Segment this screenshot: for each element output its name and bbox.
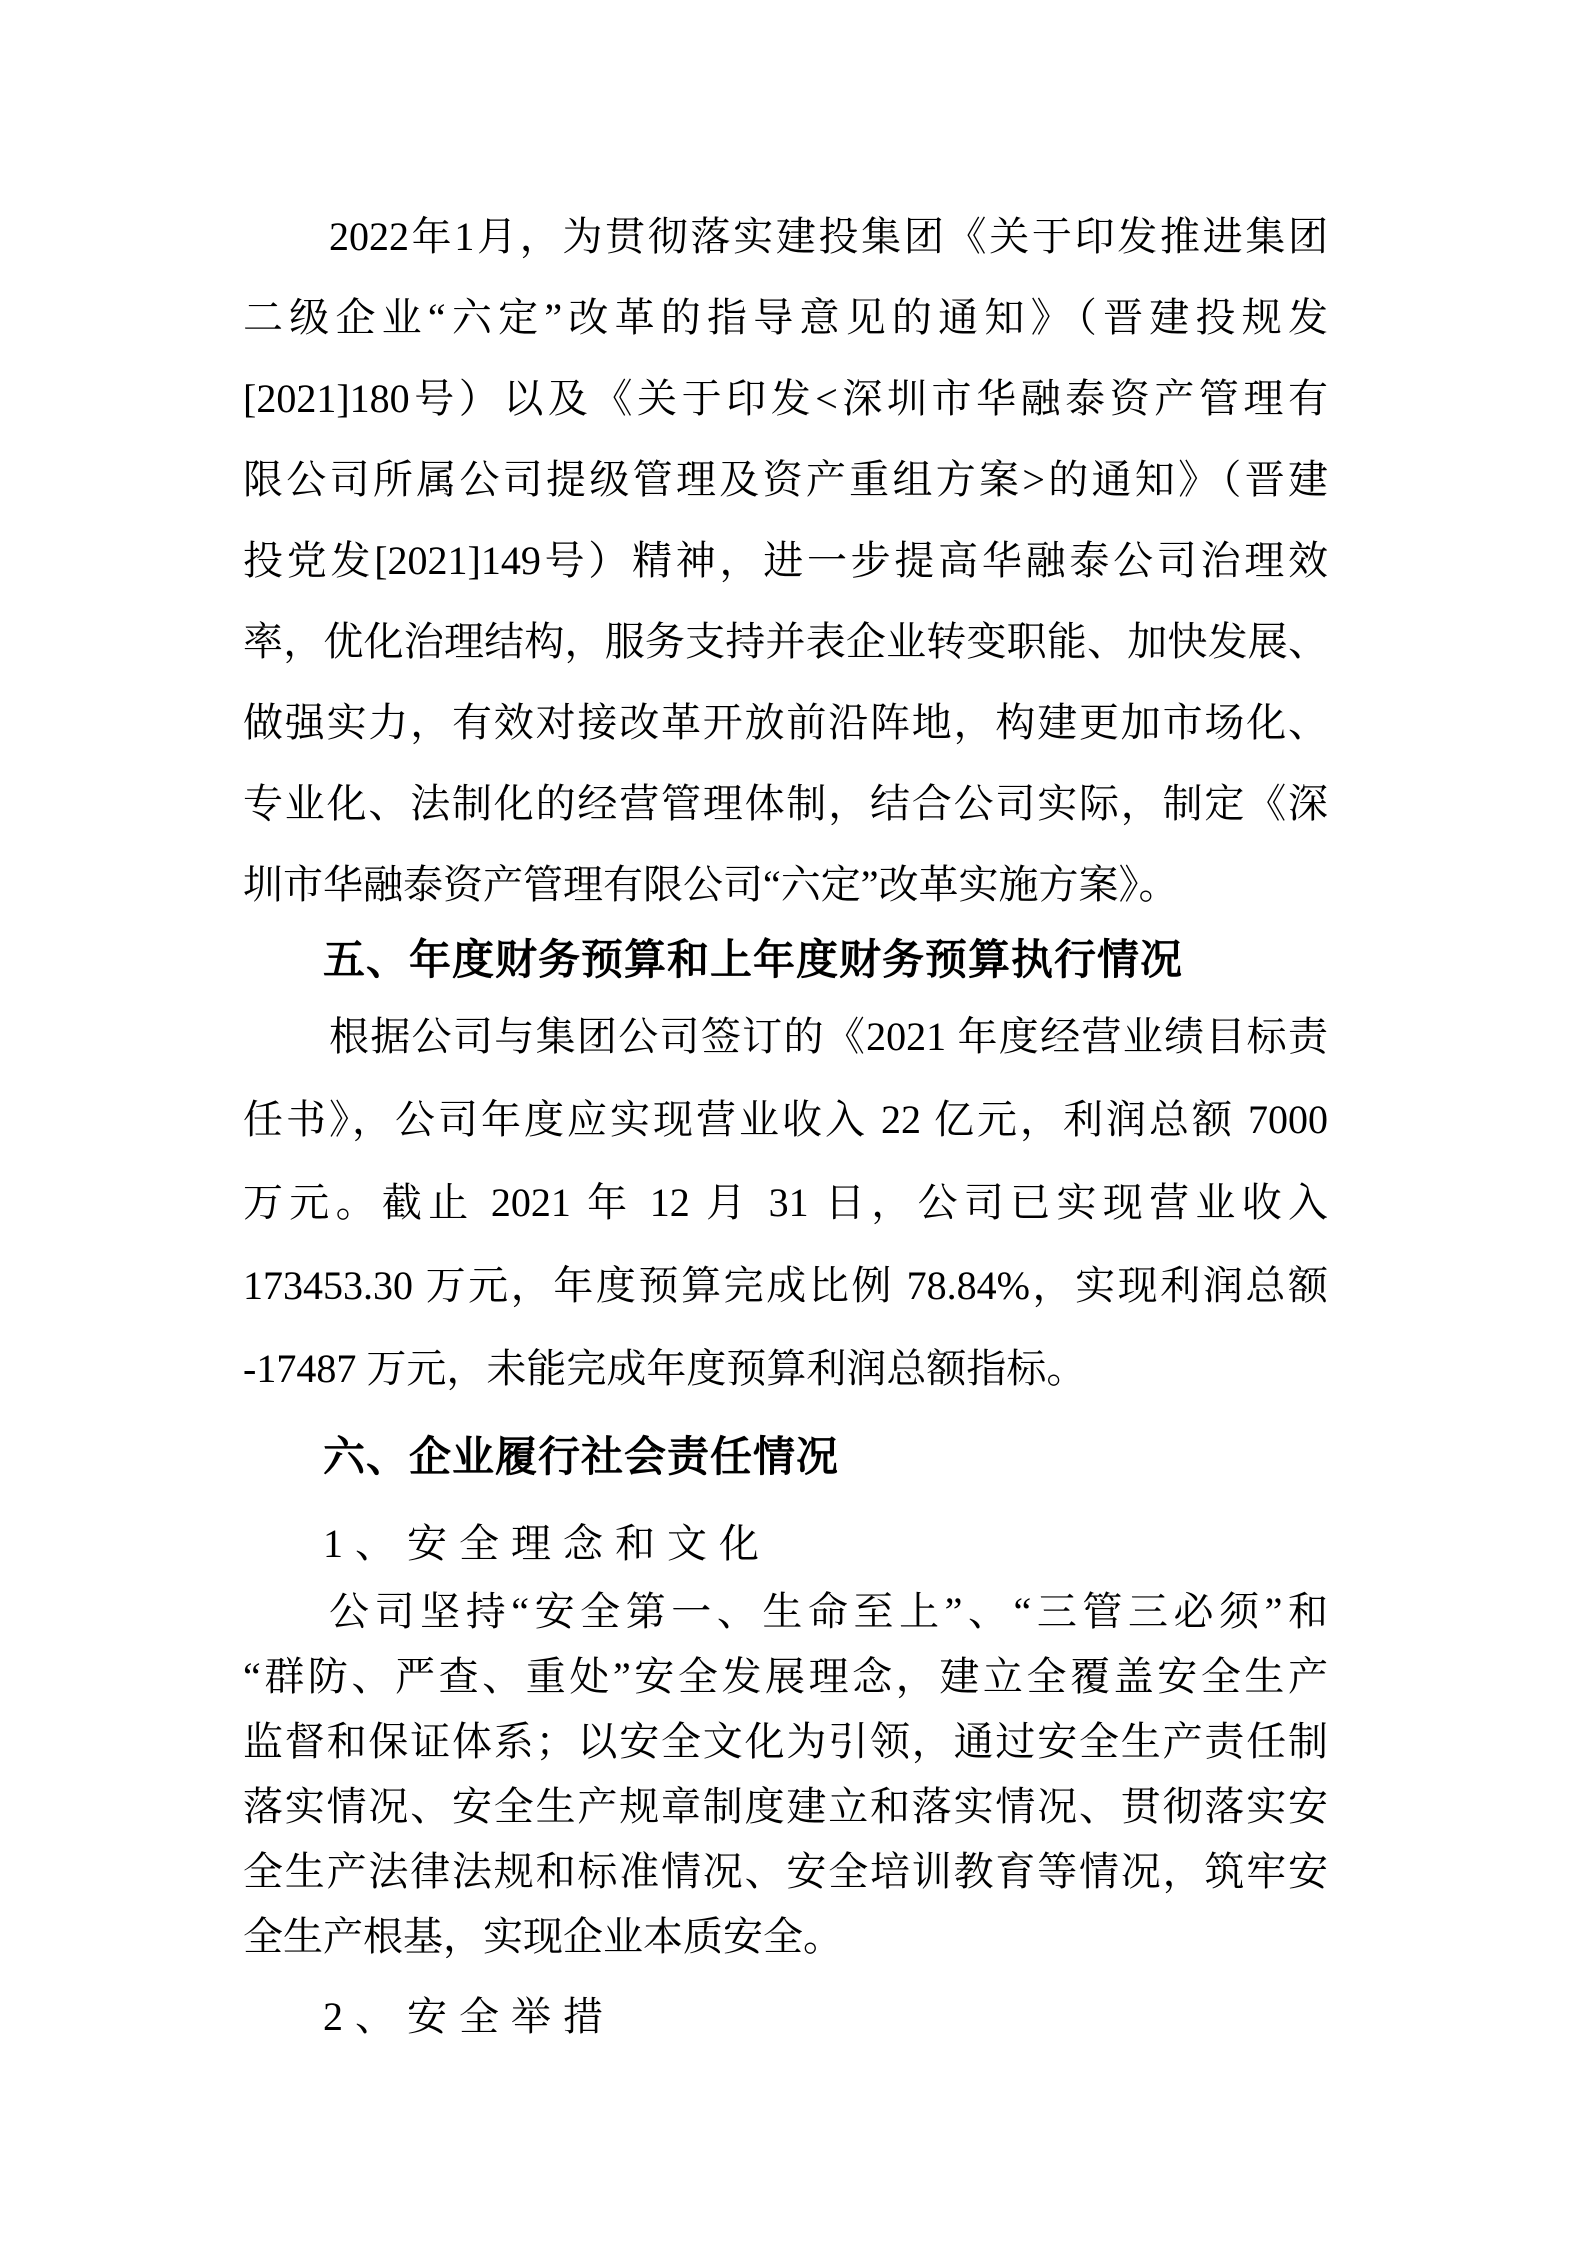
text-line: 万元。截止 2021 年 12 月 31 日，公司已实现营业收入: [243, 1161, 1328, 1244]
text-line: 率，优化治理结构，服务支持并表企业转变职能、加快发展、: [243, 601, 1328, 682]
text-line: 全生产根基，实现企业本质安全。: [243, 1904, 1328, 1969]
list-item-2-safety-measures: 2、安全举措: [243, 1984, 1328, 2049]
text-line: 二级企业“六定”改革的指导意见的通知》（晋建投规发: [243, 277, 1328, 358]
document-content: 2022年1月，为贯彻落实建投集团《关于印发推进集团二级企业“六定”改革的指导意…: [243, 0, 1328, 2049]
text-line: 落实情况、安全生产规章制度建立和落实情况、贯彻落实安: [243, 1774, 1328, 1839]
paragraph-safety-concept: 公司坚持“安全第一、生命至上”、“三管三必须”和“群防、严查、重处”安全发展理念…: [243, 1579, 1328, 1969]
paragraph-budget-execution: 根据公司与集团公司签订的《2021 年度经营业绩目标责任书》，公司年度应实现营业…: [243, 995, 1328, 1410]
document-page: 2022年1月，为贯彻落实建投集团《关于印发推进集团二级企业“六定”改革的指导意…: [0, 0, 1587, 2245]
text-line: [2021]180号）以及《关于印发<深圳市华融泰资产管理有: [243, 358, 1328, 439]
text-line: 专业化、法制化的经营管理体制，结合公司实际，制定《深: [243, 763, 1328, 844]
text-line: -17487 万元，未能完成年度预算利润总额指标。: [243, 1327, 1328, 1410]
list-item-1-safety-concept: 1、安全理念和文化: [243, 1511, 1328, 1576]
text-line: 圳市华融泰资产管理有限公司“六定”改革实施方案》。: [243, 844, 1328, 925]
text-line: 做强实力，有效对接改革开放前沿阵地，构建更加市场化、: [243, 682, 1328, 763]
text-line: “群防、严查、重处”安全发展理念，建立全覆盖安全生产: [243, 1644, 1328, 1709]
text-line: 任书》，公司年度应实现营业收入 22 亿元，利润总额 7000: [243, 1078, 1328, 1161]
section-heading-5: 五、年度财务预算和上年度财务预算执行情况: [243, 925, 1328, 995]
text-line: 173453.30 万元，年度预算完成比例 78.84%，实现利润总额: [243, 1244, 1328, 1327]
text-line: 限公司所属公司提级管理及资产重组方案>的通知》（晋建: [243, 439, 1328, 520]
text-line: 公司坚持“安全第一、生命至上”、“三管三必须”和: [243, 1579, 1328, 1644]
section-heading-6: 六、企业履行社会责任情况: [243, 1422, 1328, 1492]
paragraph-six-ding-reform: 2022年1月，为贯彻落实建投集团《关于印发推进集团二级企业“六定”改革的指导意…: [243, 196, 1328, 925]
text-line: 监督和保证体系；以安全文化为引领，通过安全生产责任制: [243, 1709, 1328, 1774]
text-line: 全生产法律法规和标准情况、安全培训教育等情况，筑牢安: [243, 1839, 1328, 1904]
text-line: 根据公司与集团公司签订的《2021 年度经营业绩目标责: [243, 995, 1328, 1078]
text-line: 投党发[2021]149号）精神，进一步提高华融泰公司治理效: [243, 520, 1328, 601]
text-line: 2022年1月，为贯彻落实建投集团《关于印发推进集团: [243, 196, 1328, 277]
